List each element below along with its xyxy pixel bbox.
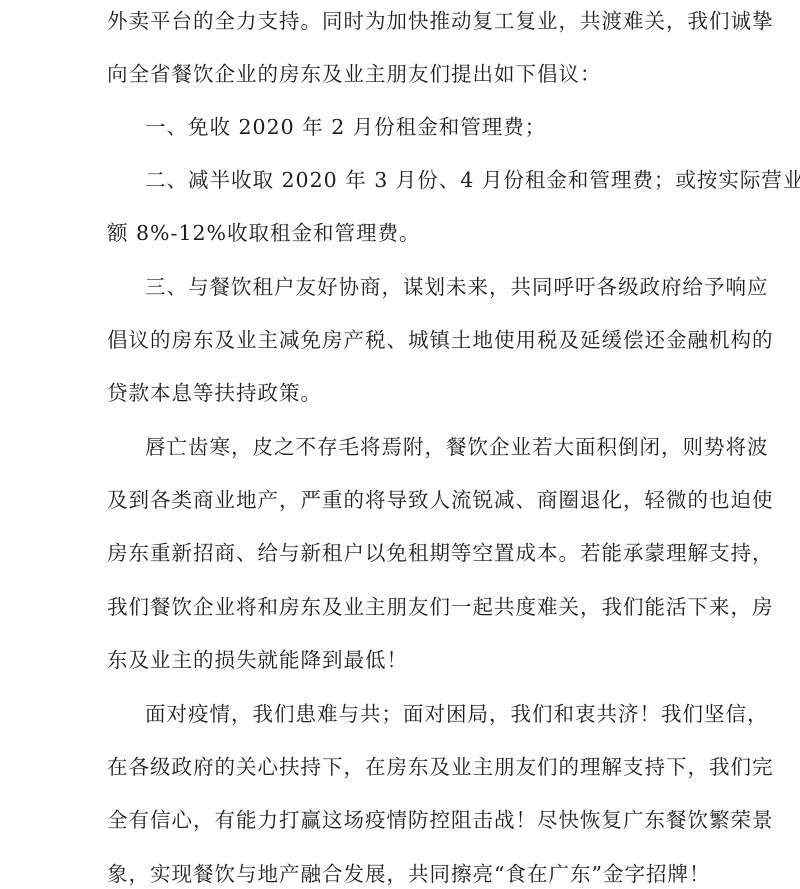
paragraph-line: 东及业主的损失就能降到最低！ [107,645,707,675]
paragraph-line: 唇亡齿寒，皮之不存毛将焉附，餐饮企业若大面积倒闭，则势将波 [145,432,745,462]
paragraph-line: 全有信心，有能力打赢这场疫情防控阻击战！尽快恢复广东餐饮繁荣景 [107,805,707,835]
proposal-item-2: 二、减半收取 2020 年 3 月份、4 月份租金和管理费；或按实际营业 [145,165,745,195]
paragraph-line: 外卖平台的全力支持。同时为加快推动复工复业，共渡难关，我们诚挚 [107,6,707,36]
paragraph-line: 贷款本息等扶持政策。 [107,378,707,408]
proposal-item-1: 一、免收 2020 年 2 月份租金和管理费； [145,112,745,142]
paragraph-line: 面对疫情，我们患难与共；面对困局，我们和衷共济！我们坚信， [145,699,745,729]
proposal-item-3: 三、与餐饮租户友好协商，谋划未来，共同呼吁各级政府给予响应 [145,272,745,302]
document-page: 外卖平台的全力支持。同时为加快推动复工复业，共渡难关，我们诚挚 向全省餐饮企业的… [0,0,800,889]
paragraph-line: 向全省餐饮企业的房东及业主朋友们提出如下倡议： [107,59,707,89]
paragraph-line: 额 8%-12%收取租金和管理费。 [107,218,707,248]
paragraph-line: 象，实现餐饮与地产融合发展，共同擦亮“食在广东”金字招牌！ [107,859,707,889]
paragraph-line: 在各级政府的关心扶持下，在房东及业主朋友们的理解支持下，我们完 [107,752,707,782]
paragraph-line: 房东重新招商、给与新租户以免租期等空置成本。若能承蒙理解支持， [107,538,707,568]
paragraph-line: 倡议的房东及业主减免房产税、城镇土地使用税及延缓偿还金融机构的 [107,325,707,355]
paragraph-line: 我们餐饮企业将和房东及业主朋友们一起共度难关，我们能活下来，房 [107,592,707,622]
paragraph-line: 及到各类商业地产，严重的将导致人流锐减、商圈退化，轻微的也迫使 [107,485,707,515]
